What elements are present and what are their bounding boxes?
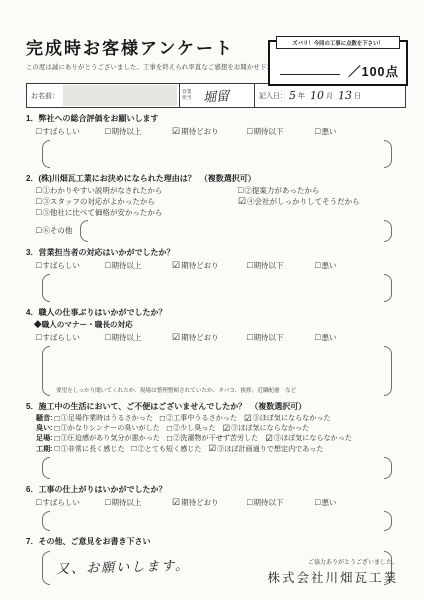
- q5-smell-option-3-label: ③ほぼ気にならなかった: [231, 423, 309, 433]
- question-2-number: 2．: [26, 174, 38, 183]
- q5-comment-area[interactable]: [42, 457, 392, 479]
- q6-comment-area[interactable]: [42, 511, 392, 531]
- q3-option-3[interactable]: ☑期待どおり: [172, 260, 247, 271]
- q3-option-5[interactable]: □悪い: [315, 260, 355, 271]
- question-2-note: （複数選択可）: [200, 174, 256, 183]
- question-3-text: 営業担当者の対応はいかがでしたか？: [38, 248, 174, 257]
- question-6-text: 工事の仕上がりはいかがでしたか？: [38, 485, 166, 494]
- question-1-title: 1．弊社への総合評価をお願いします: [26, 114, 406, 124]
- q4-option-3[interactable]: ☑期待どおり: [172, 332, 247, 343]
- q6-option-1-label: すばらしい: [42, 497, 80, 508]
- question-4-options: □すばらしい □期待以上 ☑期待どおり □期待以下 □悪い: [36, 332, 406, 343]
- question-1-text: 弊社への総合評価をお願いします: [38, 114, 158, 123]
- q5-row-noise-prefix: 騒音:: [36, 413, 53, 423]
- q5-noise-option-3[interactable]: ☑③ほぼ気にならなかった: [244, 413, 331, 423]
- checkbox-icon: □: [36, 498, 41, 507]
- question-6-title: 6．工事の仕上がりはいかがでしたか？: [26, 485, 406, 495]
- q2-other-comment-area[interactable]: [80, 220, 392, 242]
- checkbox-icon: □: [160, 414, 165, 423]
- checked-checkbox-icon: ☑: [172, 333, 180, 342]
- q1-option-1-label: すばらしい: [42, 126, 80, 137]
- company-name: 株式会社川畑瓦工業: [267, 568, 398, 586]
- date-year-value: 5: [289, 89, 296, 102]
- question-4: 4．職人の仕事ぶりはいかがでしたか？ ◆職人のマナー・職長の対応 □すばらしい …: [26, 308, 406, 396]
- q2-option-5[interactable]: □⑤他社に比べて価格が安かったから: [36, 207, 406, 218]
- score-prompt: ズバリ！今回の工事に点数を下さい！: [276, 36, 400, 49]
- thanks-note: ご協力ありがとうございました。: [267, 557, 398, 566]
- staff-label-line2: 担当: [182, 96, 192, 101]
- q4-option-2-label: 期待以上: [111, 332, 141, 343]
- q5-row-scaffold-prefix: 足場:: [36, 433, 53, 443]
- checked-checkbox-icon: ☑: [172, 261, 180, 270]
- score-blank-line[interactable]: [280, 74, 340, 75]
- q6-option-3-label: 期待どおり: [181, 497, 219, 508]
- q4-hint-text: 要望をしっかり聞いてくれたか、現場は整理整頓されていたか、タバコ、挨拶、近隣配慮…: [56, 386, 296, 394]
- question-1-number: 1．: [26, 114, 38, 123]
- question-4-text: 職人の仕事ぶりはいかがでしたか？: [38, 308, 166, 317]
- q3-option-2[interactable]: □期待以上: [105, 260, 172, 271]
- q3-option-4[interactable]: □期待以下: [247, 260, 315, 271]
- date-month-unit: 月: [326, 91, 333, 101]
- q4-option-4[interactable]: □期待以下: [247, 332, 315, 343]
- date-year-unit: 年: [298, 91, 305, 101]
- checked-checkbox-icon: ☑: [172, 127, 180, 136]
- q6-option-5-label: 悪い: [321, 497, 336, 508]
- checkbox-icon: □: [55, 444, 60, 453]
- q5-scaffold-option-2-label: ②洗濯物が干せず苦労した: [173, 433, 258, 443]
- q2-option-6[interactable]: □⑥その他: [36, 219, 72, 242]
- checkbox-icon: □: [36, 127, 41, 136]
- checkbox-icon: □: [36, 333, 41, 342]
- q1-option-3[interactable]: ☑期待どおり: [172, 126, 247, 137]
- checkbox-icon: □: [315, 127, 320, 136]
- q5-scaffold-option-1-label: ①圧迫感があり気分が悪かった: [61, 433, 160, 443]
- question-6-options: □すばらしい □期待以上 ☑期待どおり □期待以下 □悪い: [36, 497, 406, 508]
- q2-option-1[interactable]: □①わかりやすい説明がなされたから: [36, 185, 238, 196]
- q2-option-4-label: ④会社がしっかりしてそうだから: [247, 196, 360, 207]
- q5-smell-option-3[interactable]: ☑③ほぼ気にならなかった: [223, 423, 310, 433]
- checkbox-icon: □: [55, 434, 60, 443]
- name-input-area[interactable]: [63, 85, 177, 106]
- question-3-title: 3．営業担当者の対応はいかがでしたか？: [26, 248, 406, 258]
- question-3-number: 3．: [26, 248, 38, 257]
- q1-option-2-label: 期待以上: [111, 126, 141, 137]
- q5-row-smell-prefix: 臭い:: [36, 423, 53, 433]
- checked-checkbox-icon: ☑: [238, 197, 246, 206]
- survey-page: 完成時お客様アンケート この度は誠にありがとうございました。工事を終えられ率直な…: [0, 0, 424, 600]
- q3-option-4-label: 期待以下: [253, 260, 283, 271]
- q2-option-2[interactable]: □②提案力があったから: [238, 185, 406, 196]
- q5-smell-option-1[interactable]: □①かなりシンナーの臭いがした: [55, 423, 160, 433]
- q5-smell-option-2[interactable]: □②少し臭った: [167, 423, 216, 433]
- q1-option-1[interactable]: □すばらしい: [36, 126, 105, 137]
- q3-option-1[interactable]: □すばらしい: [36, 260, 105, 271]
- q5-scaffold-option-3-label: ③ほぼ気にならなかった: [274, 433, 352, 443]
- q2-option-2-label: ②提案力があったから: [244, 185, 319, 196]
- question-3: 3．営業担当者の対応はいかがでしたか？ □すばらしい □期待以上 ☑期待どおり …: [26, 248, 406, 302]
- question-3-options: □すばらしい □期待以上 ☑期待どおり □期待以下 □悪い: [36, 260, 406, 271]
- q5-schedule-option-3-label: ③ほぼ計画通りで想定内であった: [217, 444, 323, 454]
- q5-row-noise: 騒音: □①足場作業時はうるさかった □②工事中うるさかった ☑③ほぼ気にならな…: [36, 413, 406, 423]
- q5-scaffold-option-3[interactable]: ☑③ほぼ気にならなかった: [265, 433, 352, 443]
- checkbox-icon: □: [167, 434, 172, 443]
- q1-option-5[interactable]: □悪い: [315, 126, 355, 137]
- q5-schedule-option-1[interactable]: □①非常に長く感じた: [55, 444, 125, 454]
- q2-option-4[interactable]: ☑④会社がしっかりしてそうだから: [238, 196, 406, 207]
- checkbox-icon: □: [247, 333, 252, 342]
- q4-option-1-label: すばらしい: [42, 332, 80, 343]
- q5-row-scaffold: 足場: □①圧迫感があり気分が悪かった □②洗濯物が干せず苦労した ☑③ほぼ気に…: [36, 433, 406, 443]
- q6-option-3[interactable]: ☑期待どおり: [172, 497, 247, 508]
- q2-option-5-label: ⑤他社に比べて価格が安かったから: [42, 208, 162, 217]
- info-row: お名前： 営業 担当 堀留 記入日： 5 年 10 月 13 日: [26, 83, 406, 108]
- q5-schedule-option-1-label: ①非常に長く感じた: [61, 444, 125, 454]
- q5-noise-option-1[interactable]: □①足場作業時はうるさかった: [55, 413, 153, 423]
- question-5-note: （複数選択可）: [250, 402, 306, 411]
- checkbox-icon: □: [247, 498, 252, 507]
- name-field: お名前：: [27, 84, 179, 107]
- checkbox-icon: □: [132, 444, 137, 453]
- question-6-number: 6．: [26, 485, 38, 494]
- checkbox-icon: □: [36, 207, 41, 217]
- q1-option-2[interactable]: □期待以上: [105, 126, 172, 137]
- q5-scaffold-option-1[interactable]: □①圧迫感があり気分が悪かった: [55, 433, 160, 443]
- q5-row-schedule-prefix: 工期:: [36, 444, 53, 454]
- q6-option-4-label: 期待以下: [253, 497, 283, 508]
- q4-option-5-label: 悪い: [321, 332, 336, 343]
- question-5-title: 5．施工中の生活において、ご不便はございませんでしたか？（複数選択可）: [26, 402, 406, 412]
- checkbox-icon: □: [247, 127, 252, 136]
- checkbox-icon: □: [36, 197, 41, 206]
- staff-label: 営業 担当: [182, 90, 198, 102]
- q5-noise-option-1-label: ①足場作業時はうるさかった: [61, 413, 153, 423]
- q6-option-5[interactable]: □悪い: [315, 497, 355, 508]
- checkbox-icon: □: [105, 333, 110, 342]
- q5-noise-option-3-label: ③ほぼ気にならなかった: [253, 413, 331, 423]
- q6-option-1[interactable]: □すばらしい: [36, 497, 105, 508]
- checkbox-icon: □: [36, 261, 41, 270]
- q5-noise-option-2[interactable]: □②工事中うるさかった: [160, 413, 237, 423]
- q5-schedule-option-2[interactable]: □②とても短く感じた: [132, 444, 202, 454]
- question-4-title: 4．職人の仕事ぶりはいかがでしたか？: [26, 308, 406, 318]
- question-2-title: 2．(株)川畑瓦工業にお決めになられた理由は？（複数選択可）: [26, 174, 406, 184]
- q6-option-4[interactable]: □期待以下: [247, 497, 315, 508]
- q2-option-3-label: ③スタッフの対応がよかったから: [42, 196, 155, 207]
- staff-label-line1: 営業: [182, 90, 192, 95]
- question-5: 5．施工中の生活において、ご不便はございませんでしたか？（複数選択可） 騒音: …: [26, 402, 406, 479]
- q5-smell-option-1-label: ①かなりシンナーの臭いがした: [61, 423, 160, 433]
- score-box: ズバリ！今回の工事に点数を下さい！ ／100点: [268, 40, 408, 86]
- q4-comment-area[interactable]: 要望をしっかり聞いてくれたか、現場は整理整頓されていたか、タバコ、挨拶、近隣配慮…: [42, 346, 392, 396]
- q4-option-4-label: 期待以下: [253, 332, 283, 343]
- question-4-number: 4．: [26, 308, 38, 317]
- checkbox-icon: □: [105, 498, 110, 507]
- q3-option-3-label: 期待どおり: [181, 260, 219, 271]
- question-7-number: 7．: [26, 537, 38, 546]
- q5-row-smell: 臭い: □①かなりシンナーの臭いがした □②少し臭った ☑③ほぼ気にならなかった: [36, 423, 406, 433]
- checked-checkbox-icon: ☑: [223, 424, 231, 433]
- checkbox-icon: □: [315, 333, 320, 342]
- checked-checkbox-icon: ☑: [172, 498, 180, 507]
- question-2-options: □①わかりやすい説明がなされたから □②提案力があったから □③スタッフの対応が…: [36, 185, 406, 208]
- q3-option-5-label: 悪い: [321, 260, 336, 271]
- q1-option-3-label: 期待どおり: [181, 126, 219, 137]
- checkbox-icon: □: [315, 261, 320, 270]
- q2-option-3[interactable]: □③スタッフの対応がよかったから: [36, 196, 238, 207]
- question-4-subtitle: ◆職人のマナー・職長の対応: [34, 319, 406, 330]
- staff-field: 営業 担当 堀留: [179, 84, 254, 107]
- question-7-title: 7．その他、ご意見をお書き下さい: [26, 537, 406, 547]
- checkbox-icon: □: [36, 186, 41, 195]
- checkbox-icon: □: [55, 424, 60, 433]
- q6-option-2[interactable]: □期待以上: [105, 497, 172, 508]
- question-2: 2．(株)川畑瓦工業にお決めになられた理由は？（複数選択可） □①わかりやすい説…: [26, 174, 406, 241]
- q6-option-2-label: 期待以上: [111, 497, 141, 508]
- question-6: 6．工事の仕上がりはいかがでしたか？ □すばらしい □期待以上 ☑期待どおり □…: [26, 485, 406, 531]
- date-label: 記入日：: [259, 91, 287, 101]
- checkbox-icon: □: [167, 424, 172, 433]
- q2-option-6-row: □⑥その他: [36, 219, 406, 242]
- q3-option-1-label: すばらしい: [42, 260, 80, 271]
- checkbox-icon: □: [247, 261, 252, 270]
- q4-option-5[interactable]: □悪い: [315, 332, 355, 343]
- q3-comment-area[interactable]: [42, 274, 392, 302]
- name-label: お名前：: [31, 91, 59, 101]
- date-day-value: 13: [338, 89, 352, 102]
- q3-option-2-label: 期待以上: [111, 260, 141, 271]
- q5-row-schedule: 工期: □①非常に長く感じた □②とても短く感じた ☑③ほぼ計画通りで想定内であ…: [36, 444, 406, 454]
- checked-checkbox-icon: ☑: [265, 434, 273, 443]
- question-7-text: その他、ご意見をお書き下さい: [38, 537, 150, 546]
- checkbox-icon: □: [36, 226, 41, 235]
- q5-schedule-option-2-label: ②とても短く感じた: [138, 444, 202, 454]
- date-day-unit: 日: [354, 91, 361, 101]
- q5-schedule-option-3[interactable]: ☑③ほぼ計画通りで想定内であった: [209, 444, 324, 454]
- q1-option-5-label: 悪い: [321, 126, 336, 137]
- q1-option-4-label: 期待以下: [253, 126, 283, 137]
- checkbox-icon: □: [238, 186, 243, 195]
- q4-option-2[interactable]: □期待以上: [105, 332, 172, 343]
- staff-signature: 堀留: [202, 85, 229, 106]
- q5-smell-option-2-label: ②少し臭った: [173, 423, 216, 433]
- checked-checkbox-icon: ☑: [209, 444, 217, 453]
- question-5-number: 5．: [26, 402, 38, 411]
- question-1: 1．弊社への総合評価をお願いします □すばらしい □期待以上 ☑期待どおり □期…: [26, 114, 406, 168]
- q4-option-1[interactable]: □すばらしい: [36, 332, 105, 343]
- q2-option-6-label: ⑥その他: [42, 225, 72, 236]
- q1-comment-area[interactable]: [42, 140, 392, 168]
- q5-scaffold-option-2[interactable]: □②洗濯物が干せず苦労した: [167, 433, 258, 443]
- question-5-text: 施工中の生活において、ご不便はございませんでしたか？: [38, 402, 246, 411]
- q4-option-3-label: 期待どおり: [181, 332, 219, 343]
- checkbox-icon: □: [315, 498, 320, 507]
- q5-noise-option-2-label: ②工事中うるさかった: [166, 413, 237, 423]
- footer: ご協力ありがとうございました。 株式会社川畑瓦工業: [267, 557, 398, 586]
- question-2-text: (株)川畑瓦工業にお決めになられた理由は？: [38, 174, 195, 183]
- question-1-options: □すばらしい □期待以上 ☑期待どおり □期待以下 □悪い: [36, 126, 406, 137]
- checkbox-icon: □: [55, 414, 60, 423]
- score-denominator: ／100点: [348, 62, 399, 80]
- q2-option-1-label: ①わかりやすい説明がなされたから: [42, 185, 162, 196]
- date-field: 記入日： 5 年 10 月 13 日: [254, 84, 405, 107]
- q1-option-4[interactable]: □期待以下: [247, 126, 315, 137]
- checked-checkbox-icon: ☑: [244, 414, 252, 423]
- date-month-value: 10: [310, 89, 324, 102]
- checkbox-icon: □: [105, 127, 110, 136]
- checkbox-icon: □: [105, 261, 110, 270]
